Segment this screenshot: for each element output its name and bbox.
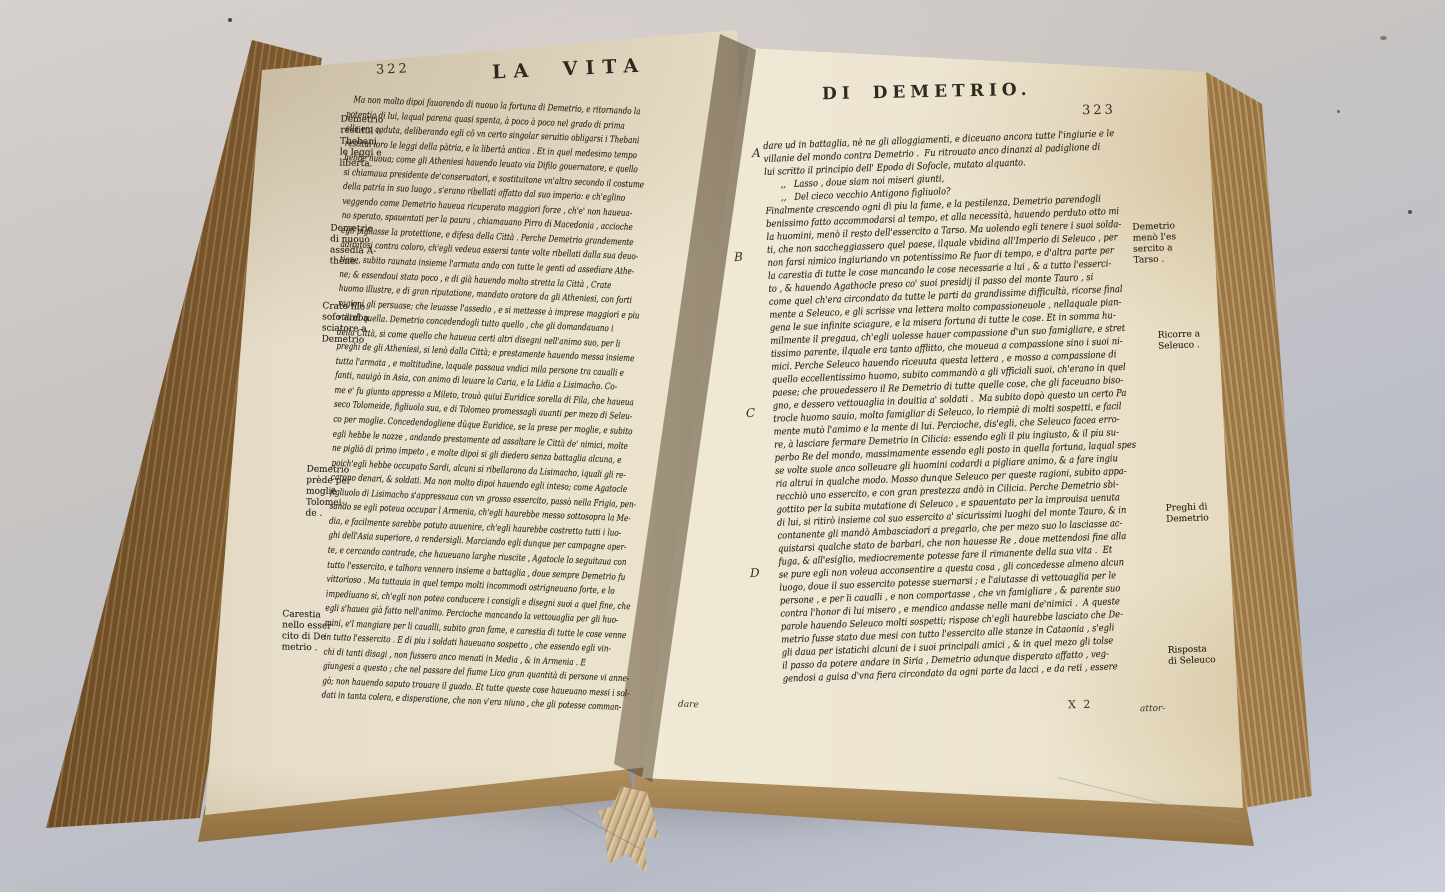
- right-page-number: 323: [1082, 103, 1116, 119]
- section-letter: B: [734, 250, 743, 264]
- left-page-body-text: Ma non molto dipoi fauorendo di nuouo la…: [321, 93, 650, 716]
- margin-note: Risposta di Seleuco: [1168, 644, 1216, 668]
- section-letter: D: [750, 566, 760, 580]
- left-page-catchword: dare: [678, 700, 699, 711]
- photo-background: 322 LA VITA Ma non molto dipoi fauorendo…: [0, 0, 1445, 892]
- margin-note: Preghi di Demetrio: [1166, 502, 1209, 525]
- background-speck: [1337, 110, 1340, 113]
- margin-note: Demetrio prède per moglie Tolomei- de .: [305, 464, 351, 520]
- right-page-catchword: attor-: [1140, 704, 1166, 714]
- background-speck: [1380, 36, 1387, 40]
- margin-note: Demetrio menò l'es sercito a Tarso .: [1132, 221, 1177, 266]
- section-letter: A: [752, 146, 761, 160]
- margin-note: Demetrio restitui a Thebani le leggi e l…: [339, 114, 383, 170]
- signature-mark: X 2: [1068, 698, 1093, 711]
- background-speck: [228, 18, 232, 22]
- background-speck: [1408, 210, 1412, 214]
- margin-note: Ricorre a Seleuco .: [1158, 329, 1201, 352]
- margin-note: Demetrio di nuouo assedia A- thene.: [329, 223, 376, 268]
- right-page-body-text: dare ud in battaglia, nè ne gli alloggia…: [763, 127, 1144, 686]
- left-page-number: 322: [376, 61, 410, 77]
- section-letter: C: [746, 406, 756, 420]
- margin-note: Carestia nello esser cito di De metrio .: [281, 609, 331, 654]
- margin-note: Crate filo sofo amba sciatore a Demetrio: [321, 301, 369, 346]
